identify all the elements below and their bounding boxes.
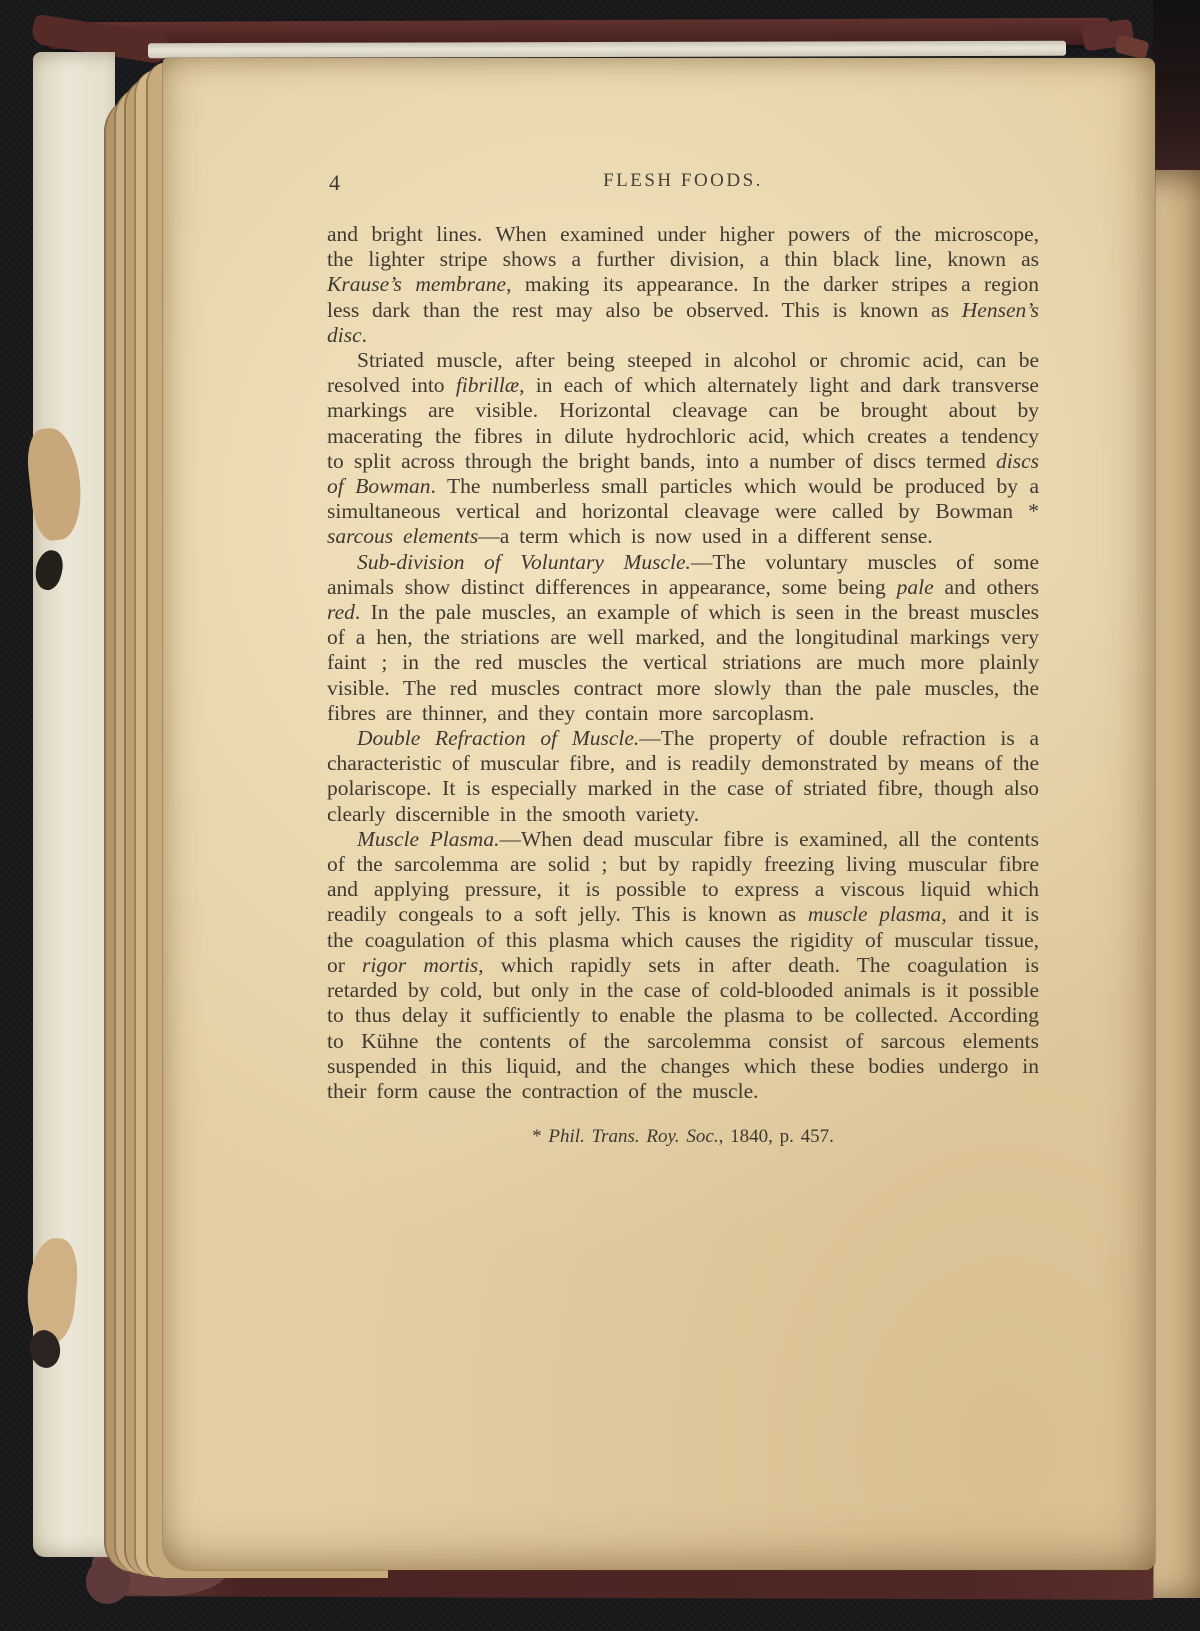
text-segment: Sub-division of Voluntary Muscle. xyxy=(357,550,691,574)
text-segment: rigor mortis xyxy=(362,953,478,977)
paragraph-subdivision-voluntary-muscle: Sub-division of Voluntary Muscle.—The vo… xyxy=(327,550,1039,726)
book-page: 4 FLESH FOODS. and bright lines. When ex… xyxy=(163,58,1155,1570)
right-page-curl-edge xyxy=(1153,170,1200,1598)
cover-top-right-corner xyxy=(1153,0,1200,172)
footnote: * Phil. Trans. Roy. Soc., 1840, p. 457. xyxy=(327,1126,1039,1148)
paragraph-muscle-plasma: Muscle Plasma.—When dead muscular fibre … xyxy=(327,827,1039,1104)
text-segment: . In the pale muscles, an example of whi… xyxy=(327,600,1039,725)
text-segment: Double Refraction of Muscle. xyxy=(357,726,639,750)
text-segment: muscle plasma xyxy=(808,902,941,926)
text-segment: sarcous elements xyxy=(327,524,478,548)
page-header: 4 FLESH FOODS. xyxy=(327,170,1039,198)
rear-sheet-top-edge xyxy=(148,41,1066,58)
text-segment: fibrillæ xyxy=(456,373,519,397)
text-segment: pale xyxy=(897,575,934,599)
text-segment: and others xyxy=(934,575,1039,599)
photo-background: { "document": { "page_number": "4", "run… xyxy=(0,0,1200,1631)
paragraph-striated-muscle: Striated muscle, after being steeped in … xyxy=(327,348,1039,550)
text-segment: —a term which is now used in a different… xyxy=(478,524,932,548)
text-segment: . xyxy=(362,323,367,347)
text-segment: . The numberless small particles which w… xyxy=(327,474,1039,523)
running-title: FLESH FOODS. xyxy=(327,170,1039,192)
text-segment: , 1840, p. 457. xyxy=(719,1126,834,1147)
text-segment: red xyxy=(327,600,355,624)
page-content: 4 FLESH FOODS. and bright lines. When ex… xyxy=(327,170,1039,1148)
text-segment: Krause’s membrane xyxy=(327,272,506,296)
text-segment: * xyxy=(532,1126,548,1147)
cover-torn-fragment xyxy=(1114,34,1149,59)
paragraph-double-refraction: Double Refraction of Muscle.—The propert… xyxy=(327,726,1039,827)
text-segment: Phil. Trans. Roy. Soc. xyxy=(548,1126,718,1147)
paragraph-continuation: and bright lines. When examined under hi… xyxy=(327,222,1039,348)
page-number: 4 xyxy=(329,170,340,196)
text-segment: and bright lines. When examined under hi… xyxy=(327,222,1039,271)
text-segment: Muscle Plasma. xyxy=(357,827,499,851)
